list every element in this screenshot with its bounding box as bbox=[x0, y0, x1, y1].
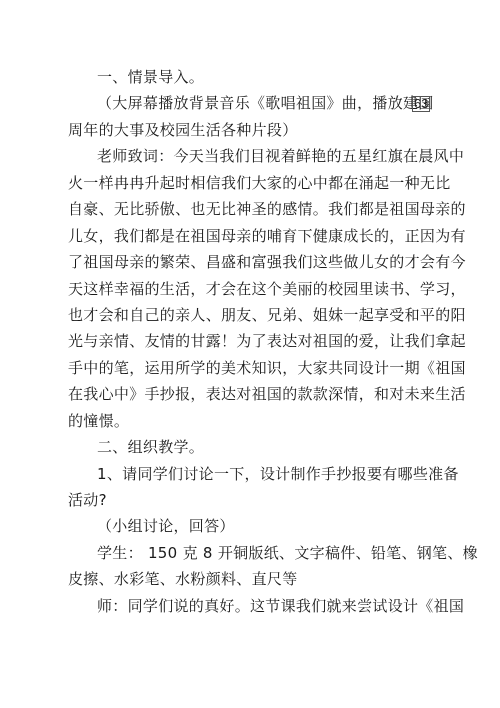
document-body: 一、情景导入。 （大屏幕播放背景音乐《歌唱祖国》曲，播放建国 周年的大事及校园生… bbox=[68, 64, 442, 619]
text-line: 老师致词：今天当我们目视着鲜艳的五星红旗在晨风中 bbox=[68, 143, 442, 169]
text-line: 师：同学们说的真好。这节课我们就来尝试设计《祖国 bbox=[68, 593, 442, 619]
text-line: （大屏幕播放背景音乐《歌唱祖国》曲，播放建国 bbox=[68, 90, 442, 116]
text-line: 学生： 150 克 8 开铜版纸、文字稿件、铅笔、钢笔、橡 bbox=[68, 540, 442, 566]
text-line: 活动? bbox=[68, 487, 442, 513]
text-line: 在我心中》手抄报，表达对祖国的款款深情，和对未来生活 bbox=[68, 381, 442, 407]
page-number-badge: 63 bbox=[412, 96, 430, 112]
text-line: 自豪、无比骄傲、也无比神圣的感情。我们都是祖国母亲的 bbox=[68, 196, 442, 222]
text-line: 火一样冉冉升起时相信我们大家的心中都在涌起一种无比 bbox=[68, 170, 442, 196]
text-line: 的憧憬。 bbox=[68, 408, 442, 434]
text-line: 天这样幸福的生活，才会在这个美丽的校园里读书、学习， bbox=[68, 276, 442, 302]
text-line: 手中的笔，运用所学的美术知识，大家共同设计一期《祖国 bbox=[68, 355, 442, 381]
text-line: 1、请同学们讨论一下，设计制作手抄报要有哪些准备 bbox=[68, 461, 442, 487]
text-line: 光与亲情、友情的甘露！为了表达对祖国的爱，让我们拿起 bbox=[68, 328, 442, 354]
section-heading-1: 一、情景导入。 bbox=[68, 64, 442, 90]
text-line: 儿女，我们都是在祖国母亲的哺育下健康成长的，正因为有 bbox=[68, 223, 442, 249]
section-heading-2: 二、组织教学。 bbox=[68, 434, 442, 460]
text-line: 了祖国母亲的繁荣、昌盛和富强我们这些做儿女的才会有今 bbox=[68, 249, 442, 275]
document-page: 一、情景导入。 （大屏幕播放背景音乐《歌唱祖国》曲，播放建国 周年的大事及校园生… bbox=[0, 0, 500, 708]
text-line: （小组讨论，回答） bbox=[68, 513, 442, 539]
text-line: 也才会和自己的亲人、朋友、兄弟、姐妹一起享受和平的阳 bbox=[68, 302, 442, 328]
text-line: 皮擦、水彩笔、水粉颜料、直尺等 bbox=[68, 566, 442, 592]
text-line: 周年的大事及校园生活各种片段） bbox=[68, 117, 442, 143]
